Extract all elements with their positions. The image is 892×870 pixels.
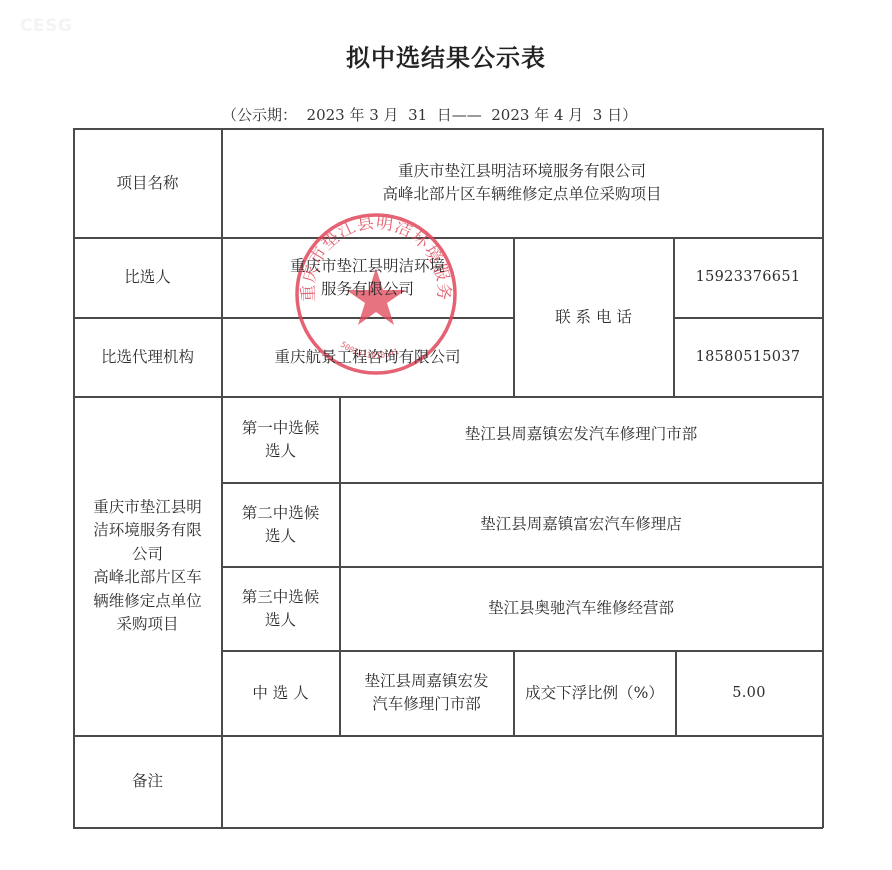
candidate-label-line2: 选人 [265,440,296,463]
section-label-line: 采购项目 [116,613,178,637]
winner-name-line2: 汽车修理门市部 [372,693,481,716]
selector-value: 重庆市垫江县明洁环境 服务有限公司 [222,238,513,317]
candidate-label-line1: 第三中选候 [242,586,320,609]
candidate-2-name: 垫江县周嘉镇富宏汽车修理店 [340,483,822,566]
discount-ratio-label-text: 成交下浮比例（%） [525,682,664,705]
remarks-label: 备注 [74,736,221,827]
section-label-line: 辆维修定点单位 [93,590,202,614]
remarks-value [222,736,822,827]
project-name-label: 项目名称 [74,129,221,237]
candidate-2-label: 第二中选候 选人 [222,483,339,566]
discount-ratio-value: 5.00 [676,651,822,735]
project-name-line1: 重庆市垫江县明洁环境服务有限公司 [398,160,646,183]
project-name-line2: 高峰北部片区车辆维修定点单位采购项目 [382,183,661,206]
candidate-name-text: 垫江县周嘉镇宏发汽车修理门市部 [465,423,698,446]
selector-line1: 重庆市垫江县明洁环境 [290,255,445,278]
project-name-label-text: 项目名称 [116,172,178,195]
candidate-3-label: 第三中选候 选人 [222,567,339,650]
candidate-label-line1: 第一中选候 [242,417,320,440]
section-label-line: 重庆市垫江县明 [93,496,202,520]
agent-phone: 18580515037 [674,318,822,396]
selector-label-text: 比选人 [124,266,171,289]
project-name-value: 重庆市垫江县明洁环境服务有限公司 高峰北部片区车辆维修定点单位采购项目 [222,129,822,237]
selector-phone-text: 15923376651 [696,266,801,289]
section-label-line: 高峰北部片区车 [93,566,202,590]
remarks-label-text: 备注 [132,770,163,793]
winner-name-line1: 垫江县周嘉镇宏发 [364,670,488,693]
selector-phone: 15923376651 [674,238,822,317]
selector-line2: 服务有限公司 [321,278,414,301]
contact-phone-label-text: 联 系 电 话 [555,306,632,329]
candidate-3-name: 垫江县奥驰汽车维修经营部 [340,567,822,650]
winner-label-text: 中 选 人 [252,682,308,705]
section-project-label: 重庆市垫江县明 洁环境服务有限 公司 高峰北部片区车 辆维修定点单位 采购项目 [74,397,221,735]
agent-value-text: 重庆航景工程咨询有限公司 [274,346,460,369]
agent-phone-text: 18580515037 [696,346,801,369]
winner-label: 中 选 人 [222,651,339,735]
candidate-name-text: 垫江县周嘉镇富宏汽车修理店 [480,513,682,536]
selector-label: 比选人 [74,238,221,317]
candidate-1-name: 垫江县周嘉镇宏发汽车修理门市部 [340,397,822,472]
discount-ratio-label: 成交下浮比例（%） [514,651,675,735]
section-label-line: 洁环境服务有限 [93,519,202,543]
agent-value: 重庆航景工程咨询有限公司 [222,318,513,396]
agent-label-text: 比选代理机构 [101,346,194,369]
table-border-right [822,128,824,828]
section-label-line: 公司 [132,543,163,567]
discount-ratio-value-text: 5.00 [732,682,766,705]
candidate-1-label: 第一中选候 选人 [222,397,339,482]
candidate-label-line2: 选人 [265,525,296,548]
contact-phone-label: 联 系 电 话 [514,238,673,396]
candidate-name-text: 垫江县奥驰汽车维修经营部 [488,597,674,620]
winner-name: 垫江县周嘉镇宏发 汽车修理门市部 [340,651,513,735]
candidate-label-line1: 第二中选候 [242,502,320,525]
agent-label: 比选代理机构 [74,318,221,396]
candidate-label-line2: 选人 [265,609,296,632]
table-border-bottom [73,827,823,829]
